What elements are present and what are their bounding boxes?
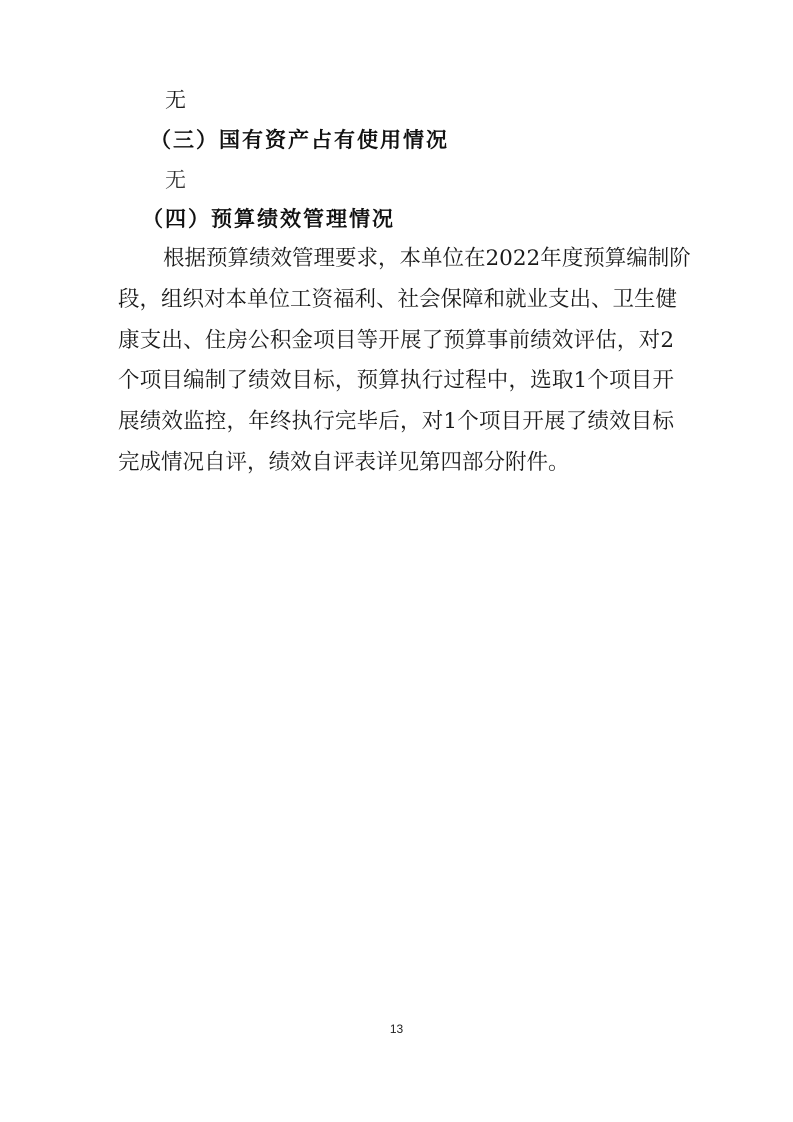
paragraph-line: 个项目编制了绩效目标，预算执行过程中，选取1个项目开 xyxy=(118,367,674,395)
section-two-body-text: 无 xyxy=(165,86,186,114)
paragraph-line: 段，组织对本单位工资福利、社会保障和就业支出、卫生健 xyxy=(118,286,674,314)
section-three-body-text: 无 xyxy=(165,166,186,194)
section-four-heading: （四）预算绩效管理情况 xyxy=(142,205,395,233)
page-number: 13 xyxy=(0,1022,793,1036)
paragraph-line: 康支出、住房公积金项目等开展了预算事前绩效评估，对2 xyxy=(118,327,674,355)
paragraph-line: 完成情况自评，绩效自评表详见第四部分附件。 xyxy=(118,449,674,477)
section-three-heading: （三）国有资产占有使用情况 xyxy=(150,126,449,154)
document-page: 无 （三）国有资产占有使用情况 无 （四）预算绩效管理情况 根据预算绩效管理要求… xyxy=(0,0,793,1122)
paragraph-line: 根据预算绩效管理要求，本单位在2022年度预算编制阶 xyxy=(163,245,673,273)
paragraph-line: 展绩效监控，年终执行完毕后，对1个项目开展了绩效目标 xyxy=(118,408,674,436)
